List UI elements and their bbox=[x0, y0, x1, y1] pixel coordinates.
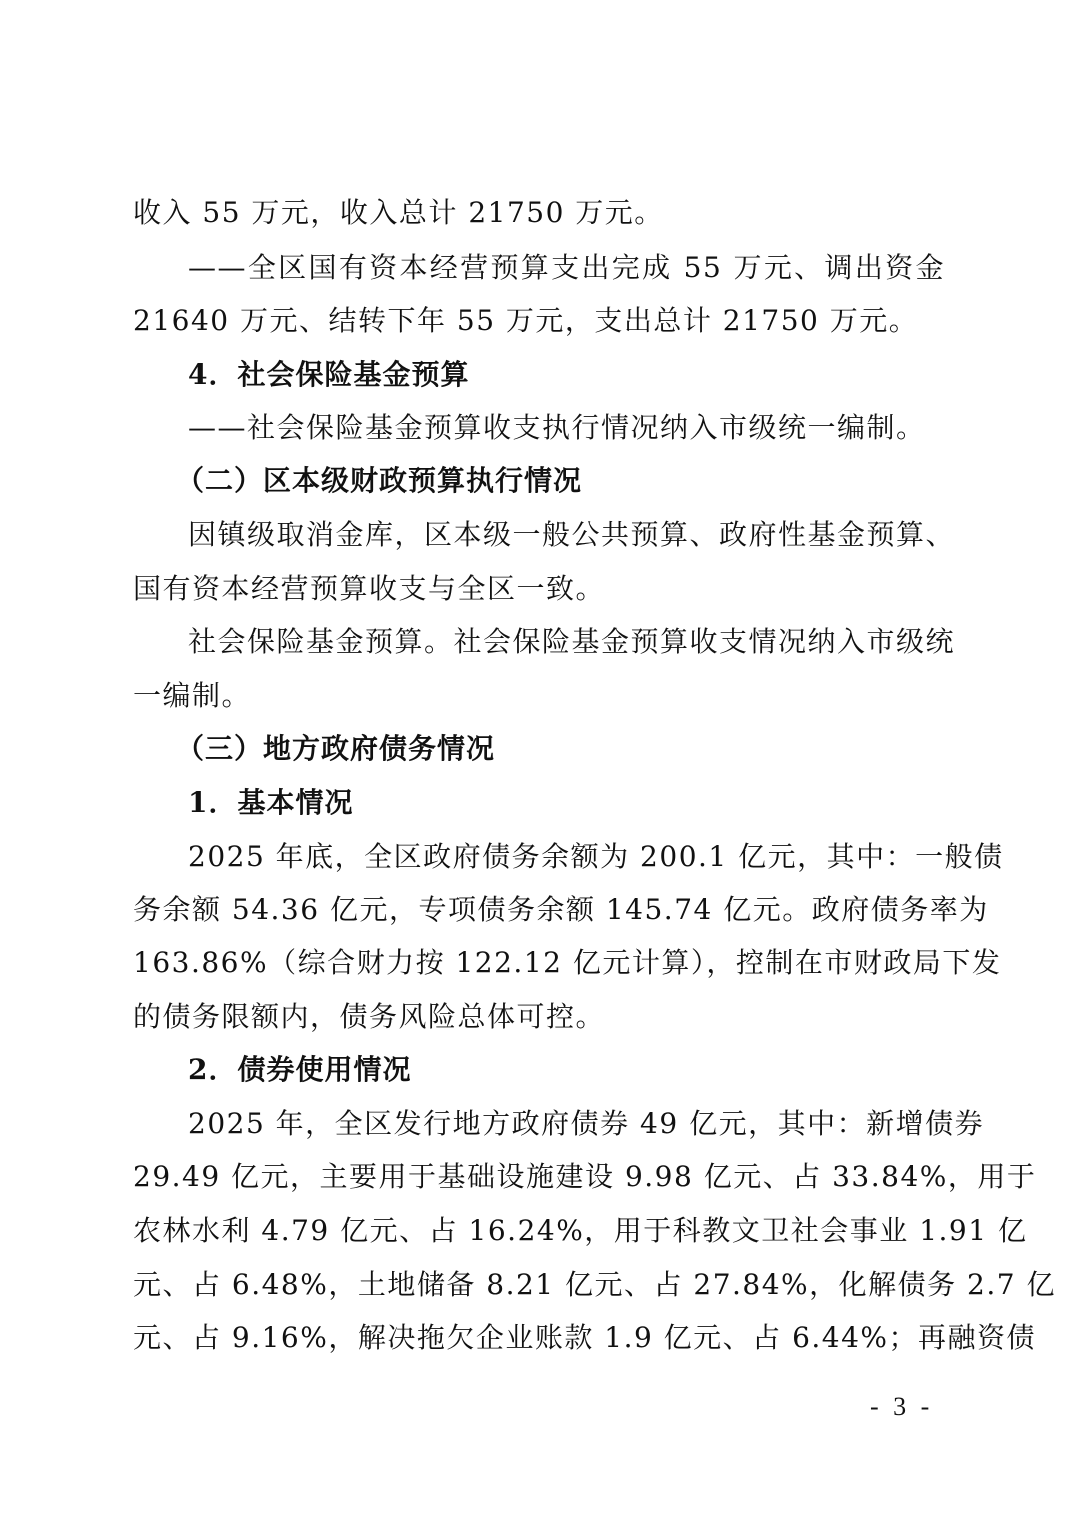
paragraph-line: 29.49 亿元，主要用于基础设施建设 9.98 亿元、占 33.84%，用于 bbox=[133, 1157, 945, 1197]
page-number: - 3 - bbox=[870, 1392, 933, 1422]
paragraph-line: ——社会保险基金预算收支执行情况纳入市级统一编制。 bbox=[188, 408, 945, 448]
paragraph-line: 的债务限额内，债务风险总体可控。 bbox=[133, 997, 945, 1037]
paragraph-line: 农林水利 4.79 亿元、占 16.24%，用于科教文卫社会事业 1.91 亿 bbox=[133, 1211, 945, 1251]
section-heading-local-debt: （三）地方政府债务情况 bbox=[176, 729, 988, 769]
paragraph-line: ——全区国有资本经营预算支出完成 55 万元、调出资金 bbox=[188, 248, 945, 288]
paragraph-line: 21640 万元、结转下年 55 万元，支出总计 21750 万元。 bbox=[133, 301, 945, 341]
section-heading-bond-usage: 2．债券使用情况 bbox=[188, 1050, 945, 1090]
paragraph-line: 2025 年底，全区政府债务余额为 200.1 亿元，其中：一般债 bbox=[188, 837, 945, 877]
paragraph-line: 元、占 9.16%，解决拖欠企业账款 1.9 亿元、占 6.44%；再融资债 bbox=[133, 1318, 945, 1358]
paragraph-line: 163.86%（综合财力按 122.12 亿元计算），控制在市财政局下发 bbox=[133, 943, 945, 983]
paragraph-line: 一编制。 bbox=[133, 676, 945, 716]
document-page: 收入 55 万元，收入总计 21750 万元。 ——全区国有资本经营预算支出完成… bbox=[0, 0, 1074, 1520]
paragraph-line: 国有资本经营预算收支与全区一致。 bbox=[133, 569, 945, 609]
section-heading-district-budget: （二）区本级财政预算执行情况 bbox=[176, 461, 988, 501]
paragraph-line: 元、占 6.48%，土地储备 8.21 亿元、占 27.84%，化解债务 2.7… bbox=[133, 1265, 945, 1305]
paragraph-line: 务余额 54.36 亿元，专项债务余额 145.74 亿元。政府债务率为 bbox=[133, 890, 945, 930]
section-heading-basic-situation: 1．基本情况 bbox=[188, 783, 945, 823]
section-heading-social-insurance: 4．社会保险基金预算 bbox=[188, 355, 945, 395]
paragraph-line: 社会保险基金预算。社会保险基金预算收支情况纳入市级统 bbox=[188, 622, 945, 662]
paragraph-line: 2025 年，全区发行地方政府债券 49 亿元，其中：新增债券 bbox=[188, 1104, 945, 1144]
paragraph-line: 因镇级取消金库，区本级一般公共预算、政府性基金预算、 bbox=[188, 515, 945, 555]
paragraph-line: 收入 55 万元，收入总计 21750 万元。 bbox=[133, 193, 945, 233]
